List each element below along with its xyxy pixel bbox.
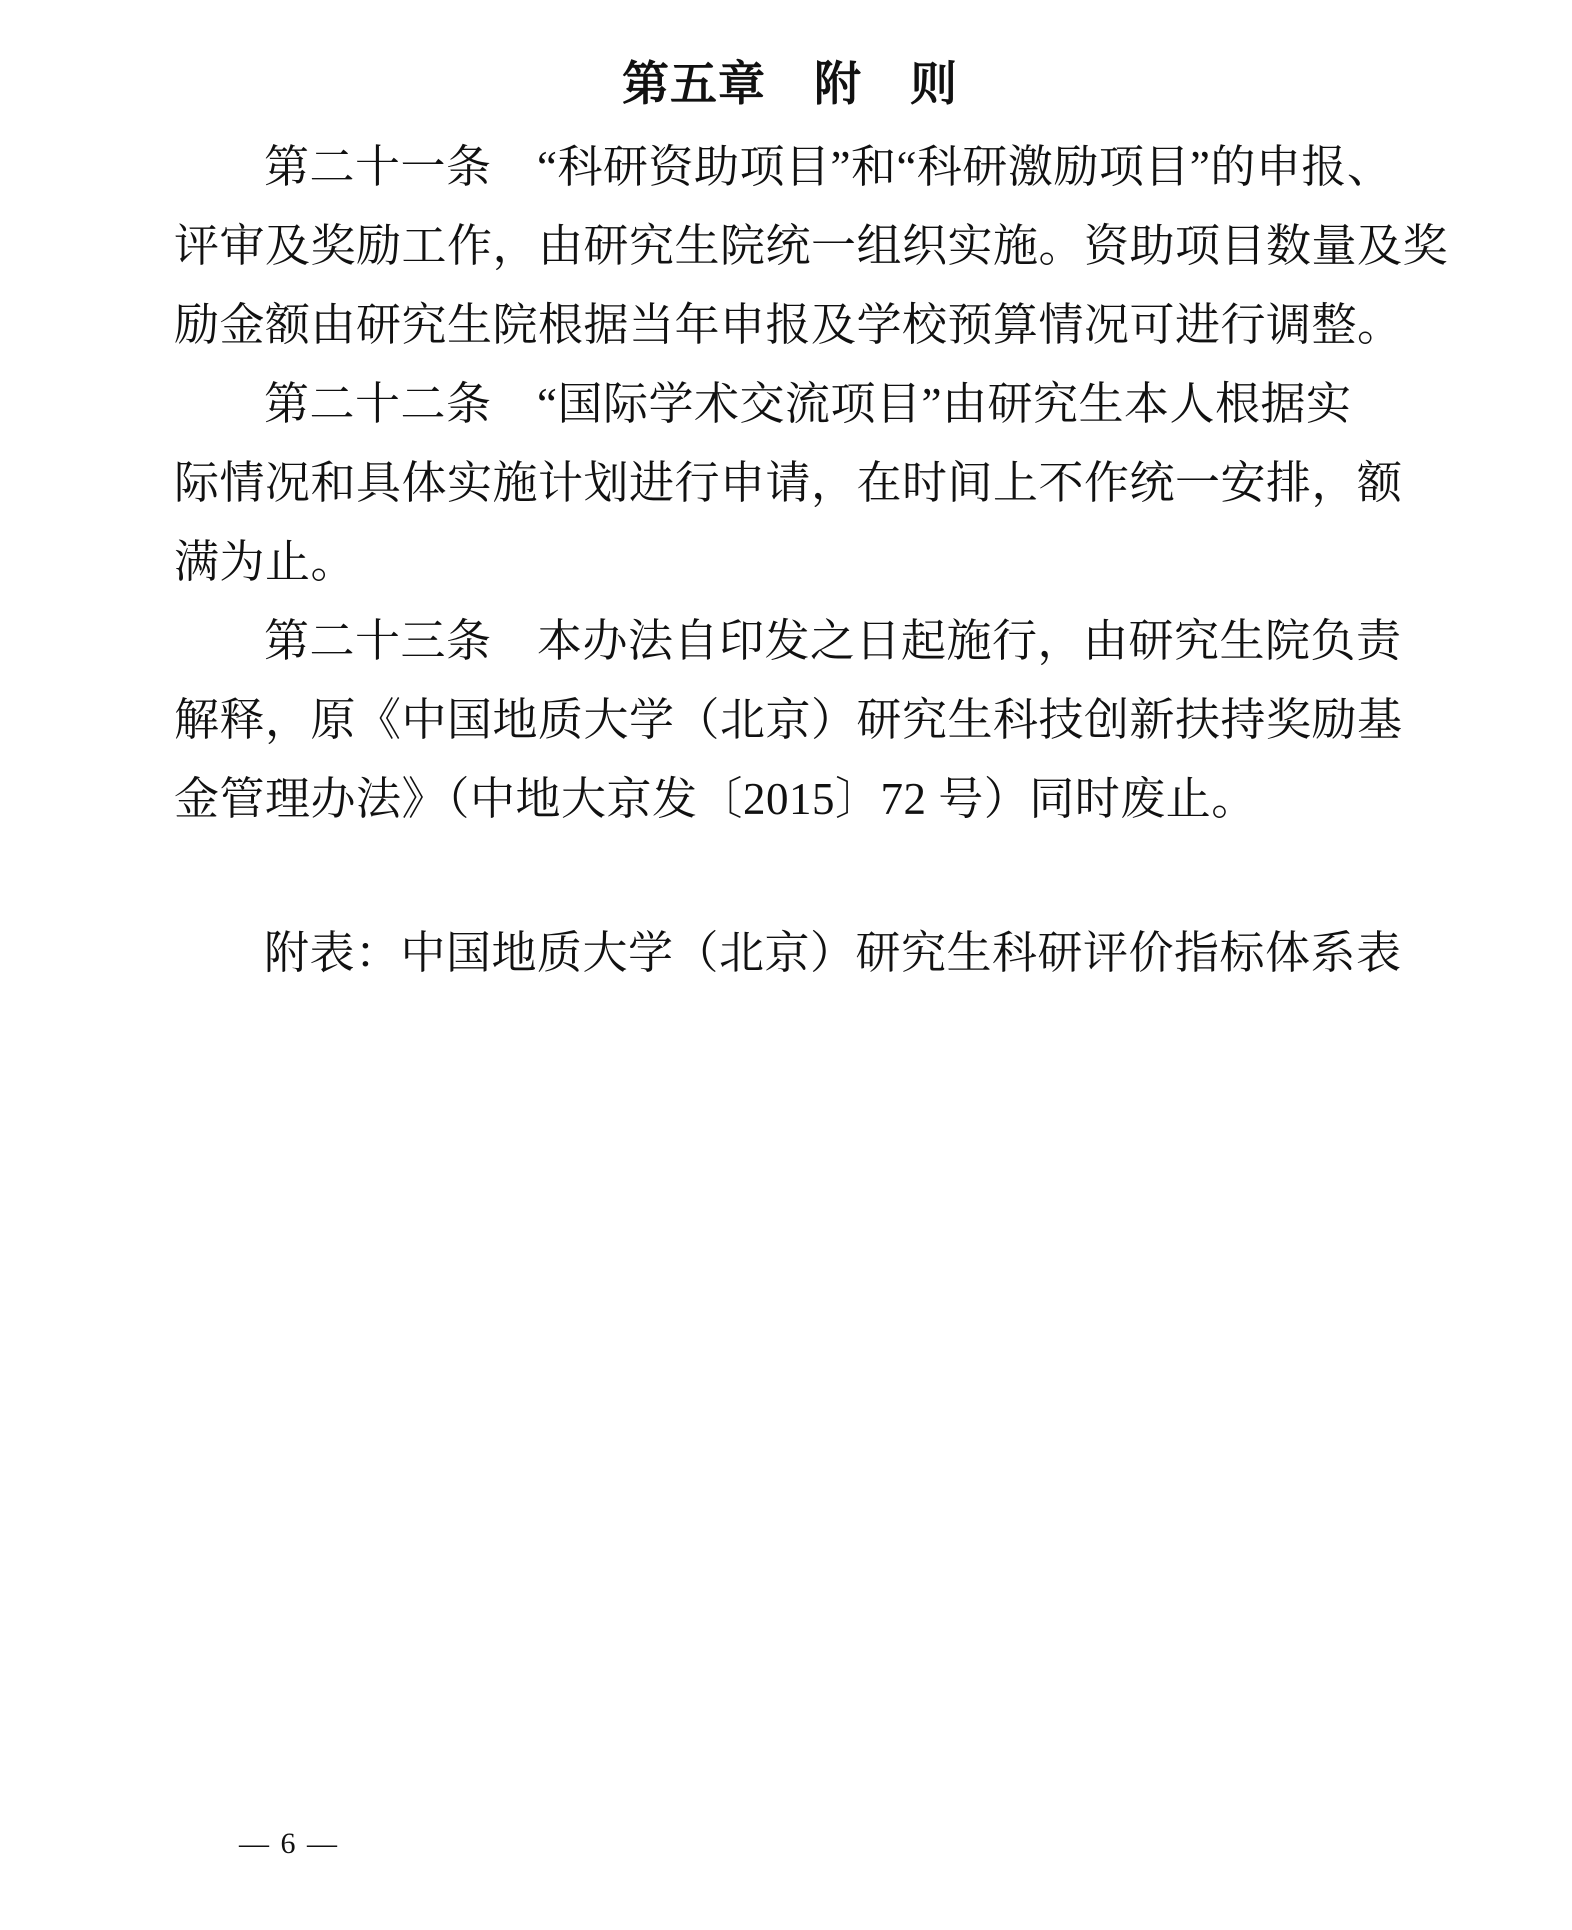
body-line: 际情况和具体实施计划进行申请，在时间上不作统一安排，额 [174,444,1406,523]
document-page: 第五章 附 则 第二十一条 “科研资助项目”和“科研激励项目”的申报、 评审及奖… [0,0,1572,1930]
page-number: — 6 — [174,1824,404,1864]
body-line: 第二十三条 本办法自印发之日起施行，由研究生院负责 [174,602,1406,681]
body-line: 第二十一条 “科研资助项目”和“科研激励项目”的申报、 [174,128,1406,207]
body-line: 励金额由研究生院根据当年申报及学校预算情况可进行调整。 [174,286,1406,365]
body-line: 满为止。 [174,523,1406,602]
attachment-note: 附表：中国地质大学（北京）研究生科研评价指标体系表 [174,914,1406,993]
body-line: 第二十二条 “国际学术交流项目”由研究生本人根据实 [174,365,1406,444]
body-line: 解释，原《中国地质大学（北京）研究生科技创新扶持奖励基 [174,681,1406,760]
chapter-title: 第五章 附 则 [174,54,1406,114]
body-line: 评审及奖励工作，由研究生院统一组织实施。资助项目数量及奖 [174,207,1406,286]
document-body: 第二十一条 “科研资助项目”和“科研激励项目”的申报、 评审及奖励工作，由研究生… [174,128,1406,993]
body-line: 金管理办法》（中地大京发〔2015〕72 号）同时废止。 [174,760,1406,839]
